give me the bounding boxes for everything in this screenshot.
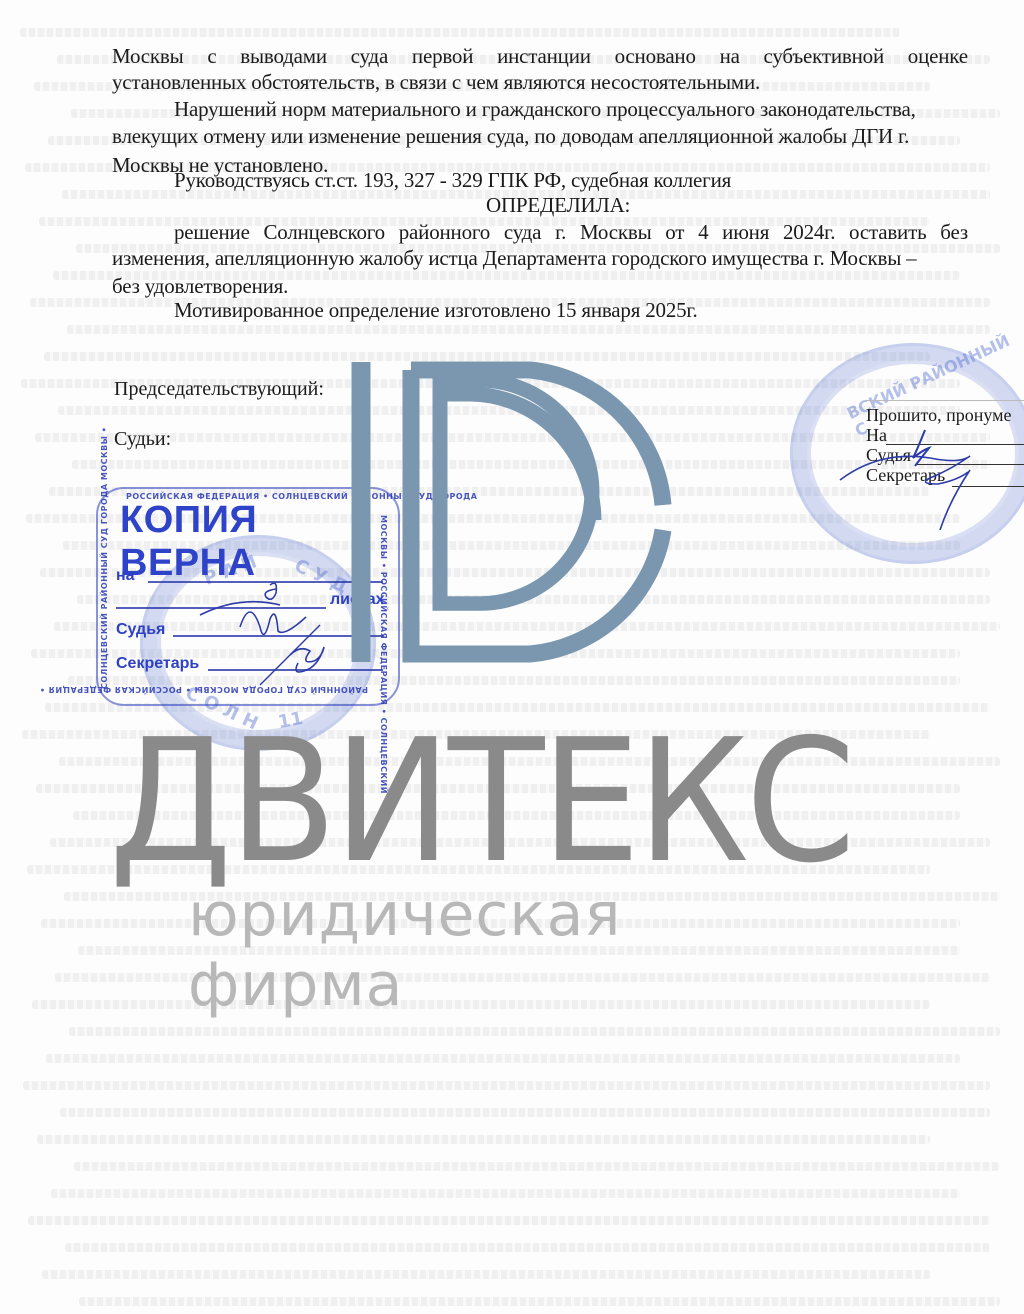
brand-tagline: юридическая фирма	[188, 880, 848, 1020]
document-page: Москвысвыводамисудапервойинстанцииоснова…	[0, 0, 1024, 1314]
double-d-logo-icon	[0, 0, 1024, 720]
brand-wordmark: ДВИТЕКС	[62, 722, 899, 882]
